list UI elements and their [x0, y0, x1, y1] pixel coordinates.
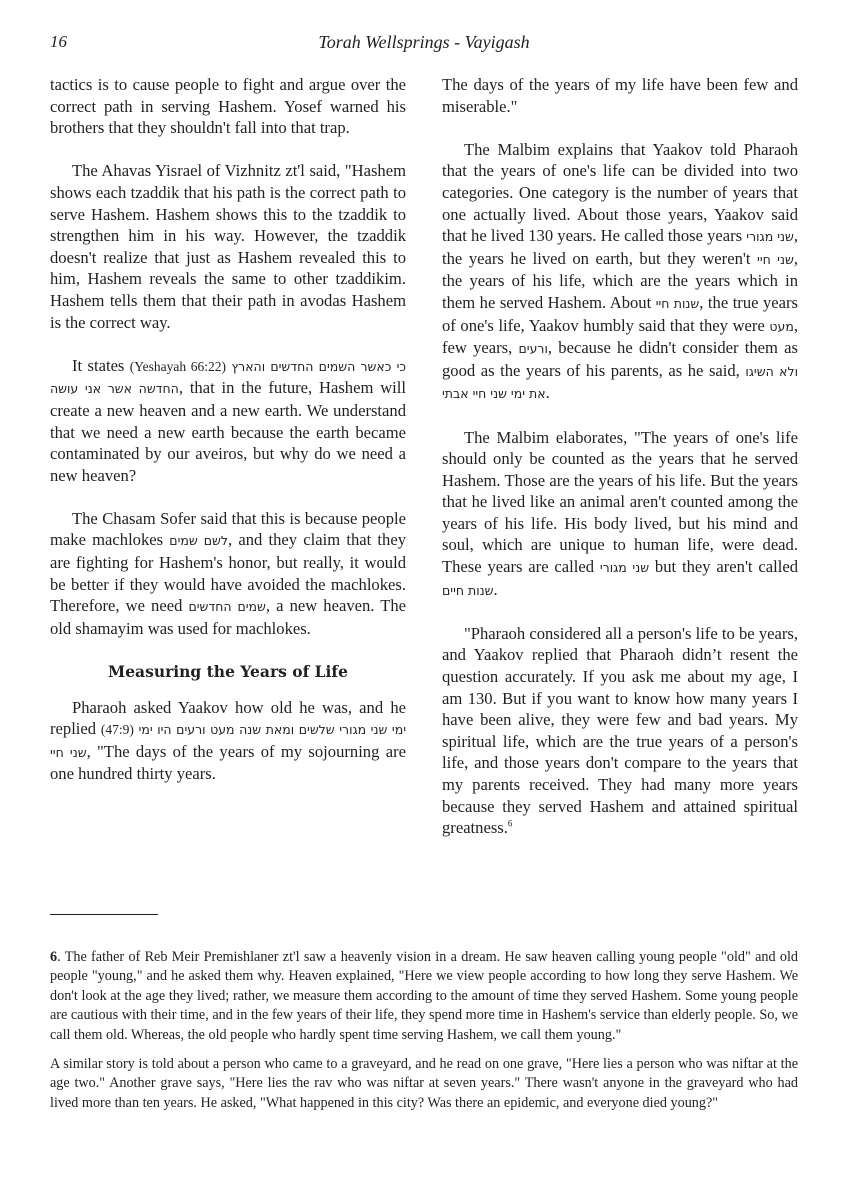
hebrew-phrase: שני מגורי — [600, 560, 649, 575]
hebrew-phrase: ורעים — [519, 341, 548, 356]
hebrew-phrase: שנות חיי — [656, 296, 700, 311]
hebrew-phrase: מעט — [769, 319, 793, 334]
paragraph: The days of the years of my life have be… — [442, 74, 798, 117]
paragraph: Pharaoh asked Yaakov how old he was, and… — [50, 697, 406, 785]
paragraph: The Malbim explains that Yaakov told Pha… — [442, 139, 798, 405]
page-header: 16 Torah Wellsprings - Vayigash — [50, 32, 798, 56]
section-heading: Measuring the Years of Life — [50, 661, 406, 683]
paragraph: tactics is to cause people to fight and … — [50, 74, 406, 139]
text-run: "Pharaoh considered all a person's life … — [442, 624, 798, 837]
left-column: tactics is to cause people to fight and … — [50, 74, 406, 785]
paragraph: "Pharaoh considered all a person's life … — [442, 623, 798, 839]
text-run: , "The days of the years of my sojournin… — [50, 742, 406, 784]
hebrew-phrase: לשם שמים — [169, 533, 228, 548]
footnotes: 6. The father of Reb Meir Premishlaner z… — [50, 948, 798, 1123]
running-title: Torah Wellsprings - Vayigash — [50, 32, 798, 53]
footnote-6: 6. The father of Reb Meir Premishlaner z… — [50, 948, 798, 1045]
hebrew-phrase: שני מגורי — [746, 229, 794, 244]
paragraph: The Malbim elaborates, "The years of one… — [442, 427, 798, 602]
scripture-reference: (47:9) — [101, 722, 134, 737]
text-run: The Malbim explains that Yaakov told Pha… — [442, 140, 798, 245]
footnote-text: . The father of Reb Meir Premishlaner zt… — [50, 949, 798, 1043]
footnote-divider — [50, 914, 158, 915]
right-column: The days of the years of my life have be… — [442, 74, 798, 839]
text-run: It states — [72, 356, 130, 375]
hebrew-phrase: שני חיי — [757, 252, 794, 267]
paragraph: The Chasam Sofer said that this is becau… — [50, 508, 406, 640]
hebrew-phrase: שנות חיים — [442, 583, 494, 598]
footnote-reference[interactable]: 6 — [508, 819, 513, 829]
text-run: . — [546, 383, 550, 402]
hebrew-phrase: שמים החדשים — [188, 599, 265, 614]
text-run: but they aren't called — [649, 557, 798, 576]
text-run: . — [494, 580, 498, 599]
text-run: The Malbim elaborates, "The years of one… — [442, 428, 798, 577]
paragraph: The Ahavas Yisrael of Vizhnitz zt'l said… — [50, 160, 406, 333]
book-page: 16 Torah Wellsprings - Vayigash tactics … — [0, 0, 849, 1200]
footnote-6-continued: A similar story is told about a person w… — [50, 1055, 798, 1113]
scripture-reference: (Yeshayah 66:22) — [130, 359, 226, 374]
paragraph: It states (Yeshayah 66:22) כי כאשר השמים… — [50, 355, 406, 487]
